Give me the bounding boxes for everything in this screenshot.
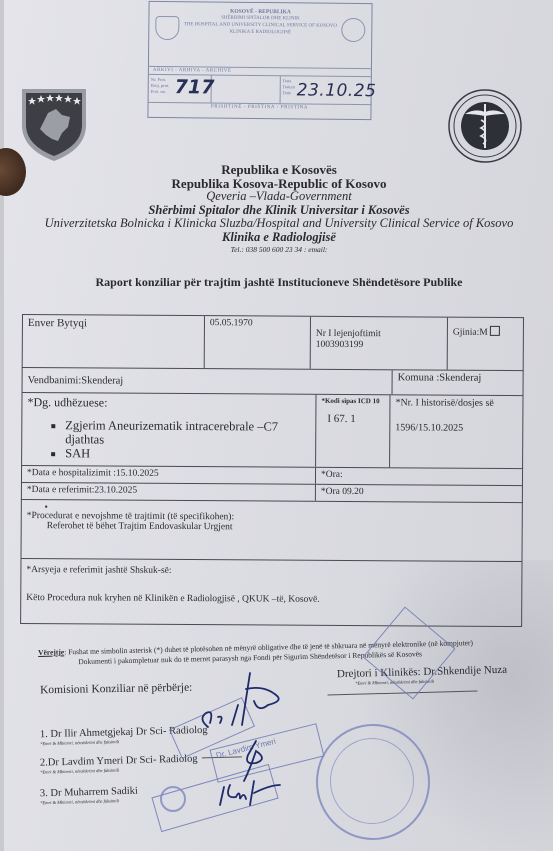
diagnosis-item: SAH: [65, 446, 310, 461]
patient-id-label: Nr I lejenjoftimit: [316, 329, 442, 341]
icd-cell: *Kodi sipas ICD 10 I 67. 1: [316, 395, 390, 467]
header-contact: Tel.: 038 500 600 23 34 : email:: [44, 244, 514, 255]
history-number: 1596/15.10.2025: [395, 422, 517, 434]
header-republic-multi: Republika Kosova-Republic of Kosovo: [44, 177, 514, 191]
note-label: Vërejtje: [38, 647, 64, 657]
protocol-number: 717: [175, 76, 215, 98]
hospitalization-date: *Data e hospitalizimit :15.10.2025: [22, 466, 316, 484]
referral-date: *Data e referimit:23.10.2025: [22, 483, 316, 501]
archive-date-label: Date: [283, 90, 295, 96]
patient-id-cell: Nr I lejenjoftimit 1003903199: [311, 317, 448, 370]
gender-checkbox[interactable]: [490, 326, 500, 336]
diagnosis-label: *Dg. udhëzuese:: [27, 395, 310, 412]
reason-label: *Arsyeja e referimit jashtë Shskuk-së:: [26, 565, 516, 578]
archive-stamp: KOSOVË - REPUBLIKA SHËRBIMI SPITALOR DHE…: [147, 1, 372, 120]
commission-member: 3. Dr Muharrem Sadiki *Emri & Mbiemri, n…: [40, 786, 138, 806]
official-seal-inner-ring: [330, 738, 414, 824]
kosovo-coat-of-arms-icon: [18, 83, 90, 163]
report-title: Raport konziliar për trajtim jashtë Inst…: [44, 275, 514, 290]
archive-footer: PRISHTINË - PRIŠTINA - PRISTINA: [148, 103, 370, 111]
procedures-value: Referohet të bëhet Trajtim Endovaskular …: [27, 521, 517, 534]
document-header: Republika e Kosovës Republika Kosova-Rep…: [44, 163, 514, 255]
header-republic-sq: Republika e Kosovës: [44, 163, 514, 177]
shield-icon: [155, 16, 179, 40]
hospitalization-time: *Ora:: [316, 468, 522, 485]
patient-name: Enver Bytyqi: [23, 315, 205, 368]
gender-label: Gjinia:M: [453, 328, 488, 338]
referral-time: *Ora 09.20: [316, 485, 522, 502]
signatures: [184, 665, 324, 815]
header-service: Shërbimi Spitalor dhe Klinik Universitar…: [44, 204, 514, 218]
referral-form: Enver Bytyqi 05.05.1970 Nr I lejenjoftim…: [20, 314, 524, 627]
patient-dob: 05.05.1970: [205, 316, 311, 369]
patient-id-number: 1003903199: [316, 340, 442, 352]
gender-cell: Gjinia:M: [448, 318, 523, 370]
archive-date: 23.10.25: [297, 80, 377, 101]
icd-code: I 67. 1: [321, 413, 384, 425]
diagnosis-cell: *Dg. udhëzuese: Zgjerim Aneurizematik in…: [22, 393, 316, 467]
reason-value: Këto Procedura nuk kryhen në Klinikën e …: [26, 593, 516, 606]
diagnosis-item: Zgjerim Aneurizematik intracerebrale –C7…: [65, 418, 310, 447]
official-round-seal: [316, 724, 430, 840]
reason-cell: *Arsyeja e referimit jashtë Shskuk-së: K…: [21, 559, 521, 626]
header-clinic: Klinika e Radiologjisë: [44, 231, 514, 245]
history-label: *Nr. I historisë/dosjes së: [395, 397, 517, 409]
procedures-cell: ▪ *Procedurat e nevojshme të trajtimit (…: [22, 500, 522, 561]
archive-header-line: KLINIKA E RADIOLOGJISË: [149, 28, 371, 37]
seal-icon: [341, 18, 365, 42]
caduceus-seal-icon: [447, 88, 523, 164]
history-cell: *Nr. I historisë/dosjes së 1596/15.10.20…: [390, 395, 522, 468]
archive-field-label: Prot. no.: [151, 89, 170, 95]
stamp-seal-icon: [160, 786, 186, 812]
document-page: KOSOVË - REPUBLIKA SHËRBIMI SPITALOR DHE…: [4, 0, 553, 851]
header-service-multi: Univerzitetska Bolnicka i Klinicka Sluzb…: [44, 217, 514, 231]
commission-title: Komisioni Konziliar në përbërje:: [40, 682, 193, 697]
header-government: Qeveria –Vlada-Government: [44, 190, 514, 204]
residence: Vendbanimi:Skenderaj: [23, 368, 393, 394]
icd-label: *Kodi sipas ICD 10: [321, 397, 384, 405]
municipality: Komuna :Skenderaj: [393, 370, 523, 395]
